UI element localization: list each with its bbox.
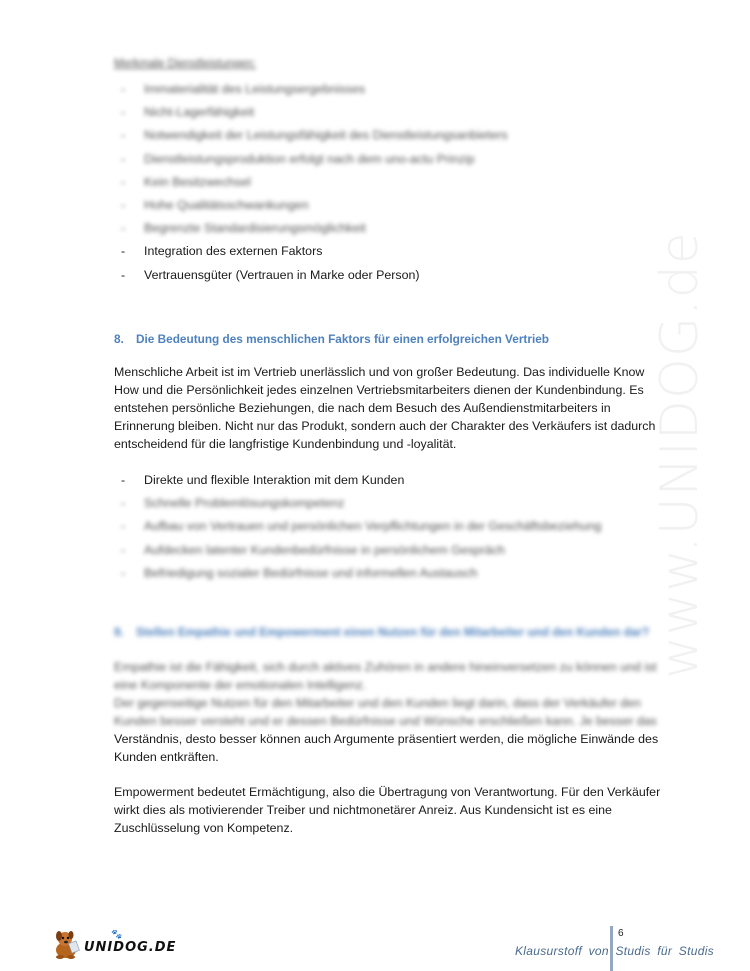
subheading-dienstleistungen: Merkmale Dienstleistungen: xyxy=(114,58,256,70)
list-item-text: Schnelle Problemlösungskompetenz xyxy=(144,496,344,510)
bullet-dash: - xyxy=(121,565,125,581)
bullet-dash: - xyxy=(121,495,125,511)
list-item: -Nicht-Lagerfähigkeit xyxy=(114,104,508,127)
watermark: www.UNIDOG.de xyxy=(650,231,710,678)
list-item-text: Hohe Qualitätsschwankungen xyxy=(144,198,309,212)
list-item-text: Notwendigkeit der Leistungsfähigkeit des… xyxy=(144,128,508,142)
list-item-text: Nicht-Lagerfähigkeit xyxy=(144,105,254,119)
section-8-paragraph: Menschliche Arbeit ist im Vertrieb unerl… xyxy=(114,363,634,453)
paragraph-line: Kunden entkräften. xyxy=(114,748,634,766)
list-item-text: Integration des externen Faktors xyxy=(144,244,322,258)
paragraph-line: Empathie ist die Fähigkeit, sich durch a… xyxy=(114,658,634,676)
paragraph-line: wirkt dies als motivierender Treiber und… xyxy=(114,801,634,819)
footer-tagline: Klausurstoff von Studis für Studis xyxy=(515,944,714,958)
list-item-text: Aufdecken latenter Kundenbedürfnisse in … xyxy=(144,543,505,557)
list-item-text: Dienstleistungsproduktion erfolgt nach d… xyxy=(144,152,475,166)
list-item-text: Kein Besitzwechsel xyxy=(144,175,251,189)
list-item: -Notwendigkeit der Leistungsfähigkeit de… xyxy=(114,127,508,150)
paragraph-line: Der gegenseitige Nutzen für den Mitarbei… xyxy=(114,694,634,712)
document-page: www.UNIDOG.de Merkmale Dienstleistungen:… xyxy=(0,0,750,971)
section-8-heading: 8.Die Bedeutung des menschlichen Faktors… xyxy=(114,332,549,346)
section-title: Die Bedeutung des menschlichen Faktors f… xyxy=(136,332,549,346)
section-number: 8. xyxy=(114,332,136,346)
bullet-dash: - xyxy=(121,243,125,259)
list-item: -Begrenzte Standardisierungsmöglichkeit xyxy=(114,220,508,243)
list-item-text: Begrenzte Standardisierungsmöglichkeit xyxy=(144,221,366,235)
logo-text: UNIDOG.DE xyxy=(84,940,176,955)
bullet-dash: - xyxy=(121,81,125,97)
section-9-heading: 9.Stellen Empathie und Empowerment einen… xyxy=(114,625,649,639)
paragraph-line: Verständnis, desto besser können auch Ar… xyxy=(114,730,634,748)
bullet-dash: - xyxy=(121,104,125,120)
bullet-dash: - xyxy=(121,472,125,488)
bullet-dash: - xyxy=(121,174,125,190)
paragraph-line: eine Komponente der emotionalen Intellig… xyxy=(114,676,634,694)
bullet-dash: - xyxy=(121,151,125,167)
bullet-dash: - xyxy=(121,220,125,236)
unidog-logo: 🐾 UNIDOG.DE xyxy=(52,928,172,960)
list-item: -Kein Besitzwechsel xyxy=(114,174,508,197)
list-item: -Hohe Qualitätsschwankungen xyxy=(114,197,508,220)
bullet-dash: - xyxy=(121,127,125,143)
list-item: -Vertrauensgüter (Vertrauen in Marke ode… xyxy=(114,267,508,290)
list-item: -Direkte und flexible Interaktion mit de… xyxy=(114,472,601,495)
list-item: -Dienstleistungsproduktion erfolgt nach … xyxy=(114,151,508,174)
bullet-dash: - xyxy=(121,542,125,558)
list-item-text: Befriedigung sozialer Bedürfnisse und in… xyxy=(144,566,477,580)
paragraph-line: entstehen persönliche Beziehungen, die n… xyxy=(114,399,634,417)
section-number: 9. xyxy=(114,625,136,639)
paragraph-line: Kunden besser versteht und er dessen Bed… xyxy=(114,712,634,730)
paragraph-line: Empowerment bedeutet Ermächtigung, also … xyxy=(114,783,634,801)
paragraph-line: How und die Persönlichkeit jedes einzeln… xyxy=(114,381,634,399)
paragraph-line: Menschliche Arbeit ist im Vertrieb unerl… xyxy=(114,363,634,381)
paw-icon: 🐾 xyxy=(111,929,122,940)
paragraph-line: Erinnerung bleiben. Nicht nur das Produk… xyxy=(114,417,634,435)
dog-mascot-icon xyxy=(52,928,82,960)
page-number: 6 xyxy=(618,928,624,939)
list-item: -Aufbau von Vertrauen und persönlichen V… xyxy=(114,518,601,541)
list-item-text: Aufbau von Vertrauen und persönlichen Ve… xyxy=(144,519,601,533)
paragraph-line: Zuschlüsselung von Kompetenz. xyxy=(114,819,634,837)
paragraph-line: entscheidend für die langfristige Kunden… xyxy=(114,435,634,453)
list-item-text: Immaterialität des Leistungsergebnisses xyxy=(144,82,365,96)
list-item-text: Direkte und flexible Interaktion mit dem… xyxy=(144,473,404,487)
section-9-paragraph-empathie: Empathie ist die Fähigkeit, sich durch a… xyxy=(114,658,634,766)
section-title: Stellen Empathie und Empowerment einen N… xyxy=(136,625,649,639)
list-item: -Immaterialität des Leistungsergebnisses xyxy=(114,81,508,104)
bullet-dash: - xyxy=(121,267,125,283)
list-item: -Integration des externen Faktors xyxy=(114,243,508,266)
vertrieb-list: -Direkte und flexible Interaktion mit de… xyxy=(114,472,601,588)
list-item-text: Vertrauensgüter (Vertrauen in Marke oder… xyxy=(144,268,420,282)
bullet-dash: - xyxy=(121,518,125,534)
merkmale-list: -Immaterialität des Leistungsergebnisses… xyxy=(114,81,508,290)
bullet-dash: - xyxy=(121,197,125,213)
list-item: -Befriedigung sozialer Bedürfnisse und i… xyxy=(114,565,601,588)
section-9-paragraph-empowerment: Empowerment bedeutet Ermächtigung, also … xyxy=(114,783,634,837)
list-item: -Aufdecken latenter Kundenbedürfnisse in… xyxy=(114,542,601,565)
list-item: -Schnelle Problemlösungskompetenz xyxy=(114,495,601,518)
